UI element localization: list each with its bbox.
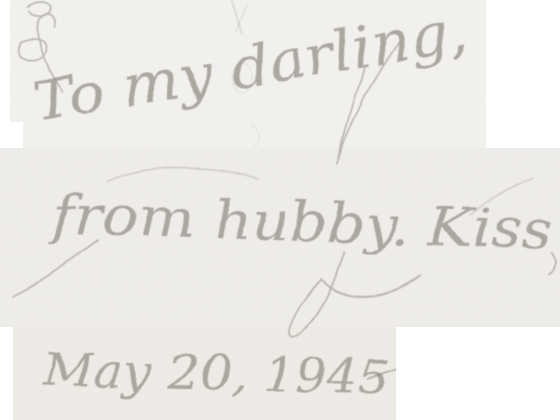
scanned-handwritten-note: To my darling, from hubby. Kiss May 20, …	[0, 0, 560, 420]
handwriting-line-3: May 20, 1945	[41, 343, 391, 405]
scan-image: To my darling, from hubby. Kiss May 20, …	[0, 0, 560, 420]
